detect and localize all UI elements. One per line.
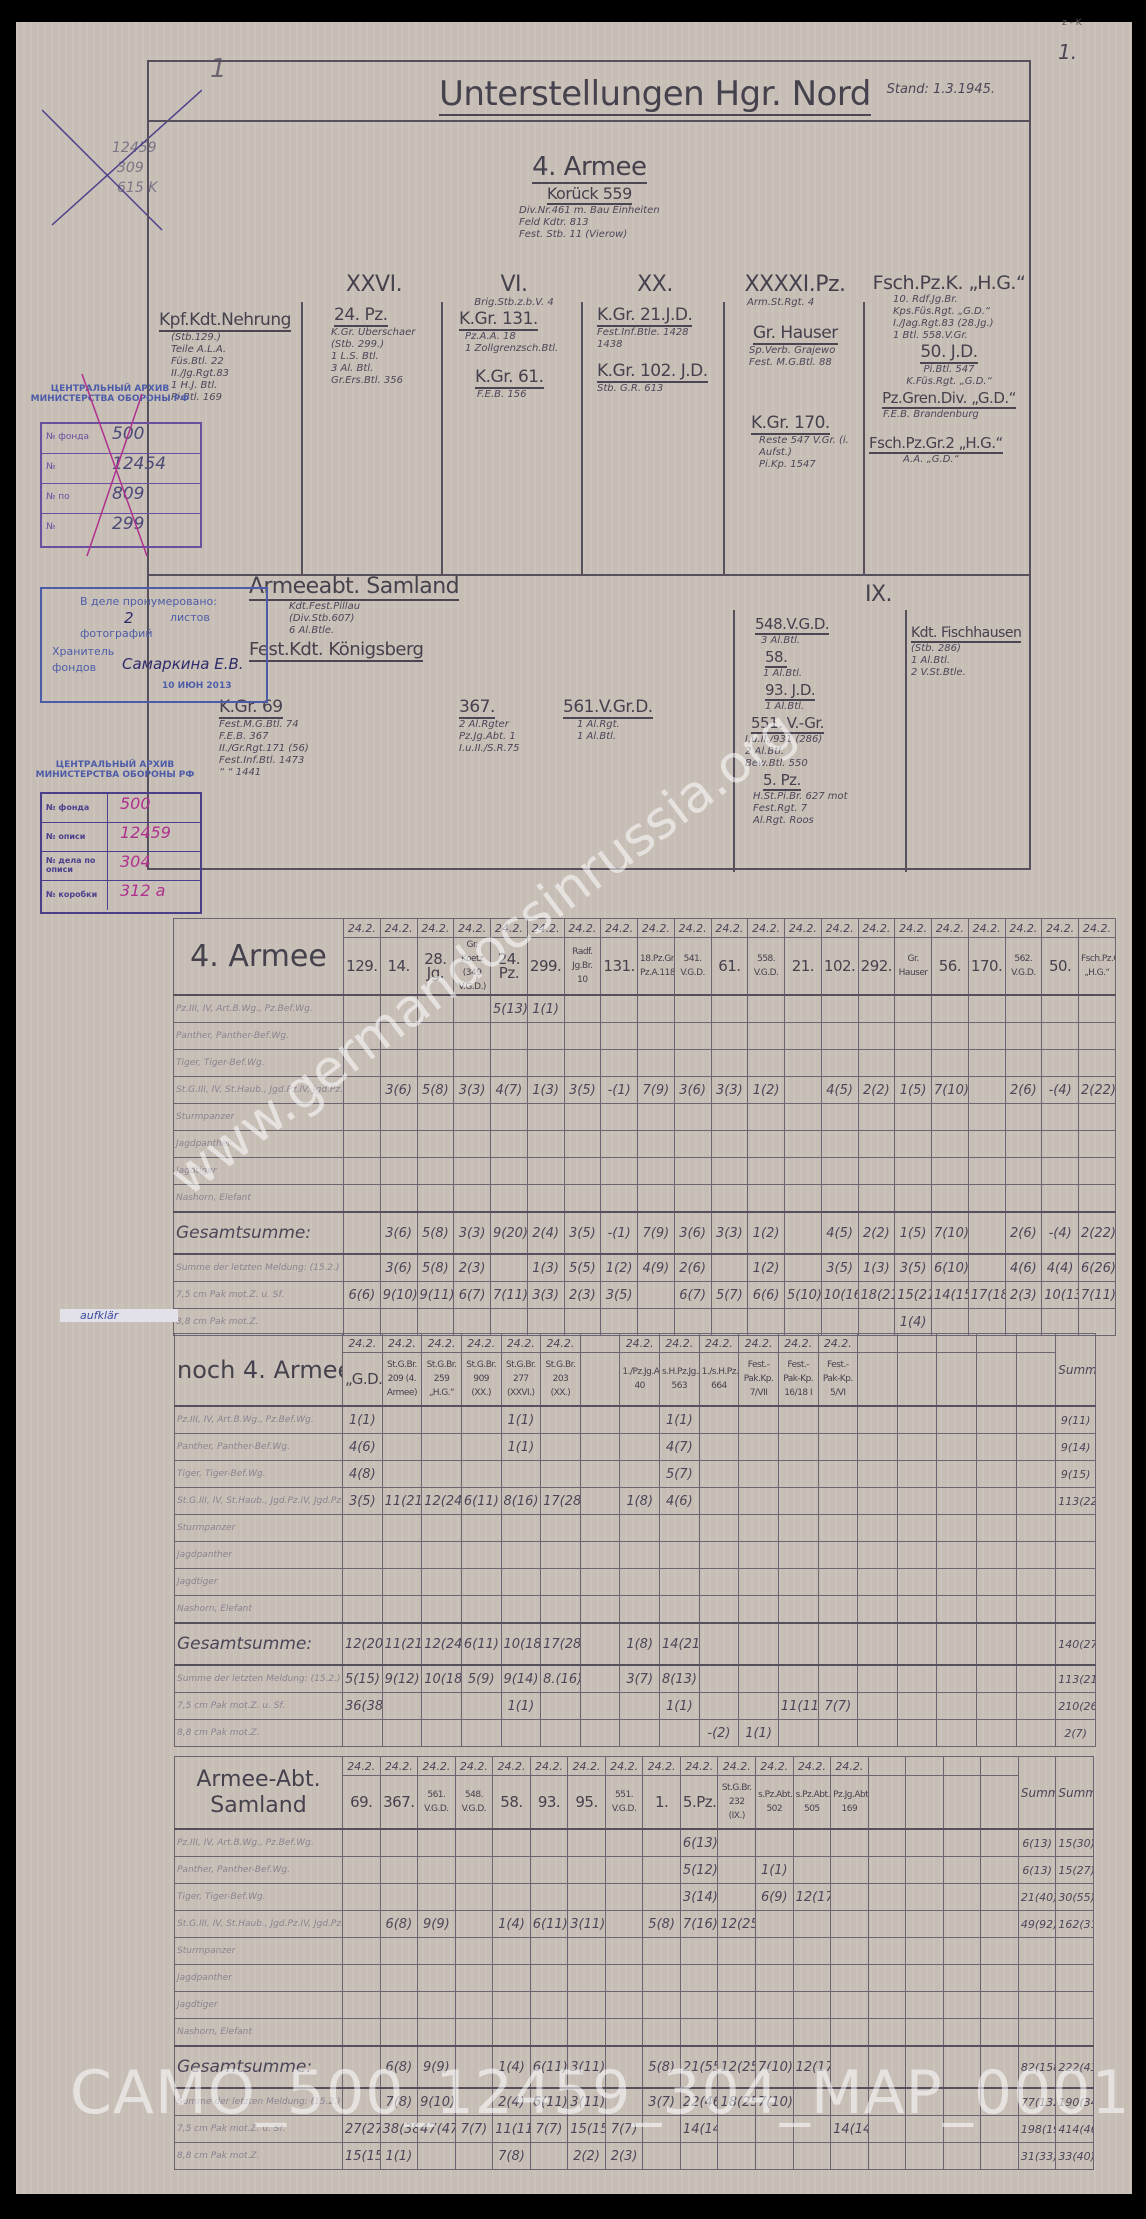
table-cell xyxy=(718,1829,756,1857)
table-cell xyxy=(620,1406,660,1434)
table-cell: 5(8) xyxy=(417,1212,454,1254)
table-cell xyxy=(821,1104,858,1131)
table-cell xyxy=(906,2116,944,2143)
table-cell xyxy=(605,2019,643,2047)
table-cell xyxy=(895,1023,932,1050)
table-cell: 2(2) xyxy=(858,1212,895,1254)
table-row: Nashorn, Elefant xyxy=(175,1596,1096,1624)
column-unit-header xyxy=(858,1353,898,1407)
table-cell xyxy=(818,1623,858,1665)
table-cell xyxy=(699,1515,739,1542)
table-cell xyxy=(620,1542,660,1569)
row-label: 8,8 cm Pak mot.Z. xyxy=(174,1309,344,1336)
table-cell xyxy=(785,1050,822,1077)
table-cell xyxy=(343,1720,383,1747)
table-cell xyxy=(343,1569,383,1596)
table-cell xyxy=(527,1023,564,1050)
table-cell xyxy=(461,1461,501,1488)
table-cell xyxy=(831,1829,869,1857)
table-cell xyxy=(756,1992,794,2019)
table-cell xyxy=(380,1884,418,1911)
table-cell xyxy=(580,1596,620,1624)
table-cell xyxy=(580,1542,620,1569)
table-cell xyxy=(1016,1406,1056,1434)
table-cell: 5(7) xyxy=(711,1282,748,1309)
column-unit-header: 28. Jg. xyxy=(417,938,454,996)
column-unit-header: 1./Pz.Jg.Abt. 40 xyxy=(620,1353,660,1407)
row-label: Sturmpanzer xyxy=(175,1938,343,1965)
table-cell xyxy=(1056,1965,1094,1992)
table-cell xyxy=(1079,1131,1116,1158)
table-cell xyxy=(1005,995,1042,1023)
samland-kgr69: K.Gr. 69 Fest.M.G.Btl. 74 F.E.B. 367 II.… xyxy=(219,697,309,779)
table-cell xyxy=(418,1938,456,1965)
table-cell: 3(3) xyxy=(454,1077,491,1104)
table-cell xyxy=(455,2088,493,2116)
table-cell: 9(11) xyxy=(417,1282,454,1309)
table-row: 8,8 cm Pak mot.Z.-(2)1(1)2(7) xyxy=(175,1720,1096,1747)
table-cell: 7(10) xyxy=(932,1212,969,1254)
table-cell: 9(14) xyxy=(501,1665,541,1693)
row-label: Pz.III, IV, Art.B.Wg., Pz.Bef.Wg. xyxy=(175,1406,343,1434)
table-cell xyxy=(831,1884,869,1911)
table-cell xyxy=(1056,1596,1096,1624)
table-row: Summe der letzten Meldung: (15.2.)7(8)9(… xyxy=(175,2088,1094,2116)
table-cell xyxy=(564,995,601,1023)
table-cell xyxy=(491,1309,528,1336)
table-cell xyxy=(868,1992,906,2019)
table-cell xyxy=(937,1693,977,1720)
table-cell: 6(8) xyxy=(380,2046,418,2088)
table-cell xyxy=(1056,2019,1094,2047)
table-cell: 8.(16) xyxy=(541,1665,581,1693)
table-cell: 3(3) xyxy=(711,1212,748,1254)
table-cell xyxy=(461,1693,501,1720)
table-cell xyxy=(699,1542,739,1569)
row-label: Jagdtiger xyxy=(174,1158,344,1185)
table-cell: 5(7) xyxy=(660,1461,700,1488)
corps-xx: XX. K.Gr. 21.J.D. Fest.Inf.Btle. 1428 14… xyxy=(589,272,721,395)
table-cell: 30(55) xyxy=(1056,1884,1094,1911)
table-cell xyxy=(793,2116,831,2143)
table-cell: 6(9) xyxy=(756,1884,794,1911)
column-unit-header: s.Pz.Abt. 505 xyxy=(793,1776,831,1830)
table-cell xyxy=(380,1023,417,1050)
table-cell xyxy=(943,2143,981,2170)
table-cell xyxy=(932,1158,969,1185)
organization-chart: Unterstellungen Hgr. Nord Stand: 1.3.194… xyxy=(147,60,1031,870)
torn-strip: aufklär xyxy=(60,1309,178,1322)
table-cell xyxy=(568,1965,606,1992)
row-label: Pz.III, IV, Art.B.Wg., Pz.Bef.Wg. xyxy=(175,1829,343,1857)
table-cell xyxy=(541,1542,581,1569)
table-cell xyxy=(1016,1569,1056,1596)
table-cell xyxy=(943,2046,981,2088)
column-date: 24.2. xyxy=(793,1757,831,1776)
column-unit-header: 5.Pz. xyxy=(680,1776,718,1830)
table-cell xyxy=(674,1131,711,1158)
table-cell xyxy=(793,1938,831,1965)
column-unit-header: 292. xyxy=(858,938,895,996)
table-cell xyxy=(541,1596,581,1624)
table-row: Gesamtsumme:3(6)5(8)3(3)9(20)2(4)3(5)-(1… xyxy=(174,1212,1116,1254)
table-cell xyxy=(821,995,858,1023)
table-cell xyxy=(793,2088,831,2116)
table-cell: 6(6) xyxy=(748,1282,785,1309)
column-unit-header: 1. xyxy=(643,1776,681,1830)
column-date: 24.2. xyxy=(564,919,601,938)
row-label: Sturmpanzer xyxy=(175,1515,343,1542)
table-cell xyxy=(564,1185,601,1213)
table-cell xyxy=(793,1829,831,1857)
table-cell xyxy=(718,2116,756,2143)
table-cell xyxy=(718,1965,756,1992)
table-cell xyxy=(897,1406,937,1434)
table-cell xyxy=(858,1185,895,1213)
archive-stamp-1: № фонда 500 № 12454 № по 809 № 299 xyxy=(40,422,202,548)
table-cell xyxy=(981,1965,1019,1992)
column-date: 24.2. xyxy=(501,1334,541,1353)
table-cell xyxy=(568,1992,606,2019)
column-unit-header: 93. xyxy=(530,1776,568,1830)
table-cell xyxy=(868,1884,906,1911)
column-date xyxy=(897,1334,937,1353)
table-cell: 113(226) xyxy=(1056,1488,1096,1515)
table-cell xyxy=(382,1693,422,1720)
table-cell xyxy=(858,1569,898,1596)
column-unit-header: 1./s.H.Pz.Jg. 664 xyxy=(699,1353,739,1407)
table-cell xyxy=(858,1050,895,1077)
table-cell xyxy=(943,1857,981,1884)
table-cell xyxy=(380,1185,417,1213)
archive-stamp-header-2: ЦЕНТРАЛЬНЫЙ АРХИВ МИНИСТЕРСТВА ОБОРОНЫ Р… xyxy=(30,760,200,780)
table-cell xyxy=(605,1992,643,2019)
column-unit-header: 18.Pz.Gr. Pz.A.118 xyxy=(638,938,675,996)
table-cell xyxy=(541,1434,581,1461)
sum-column-header: Summe Hgr. xyxy=(1056,1757,1094,1830)
table-cell: 12(24) xyxy=(422,1623,462,1665)
table-row: Panther, Panther-Bef.Wg. xyxy=(174,1023,1116,1050)
table-cell xyxy=(461,1434,501,1461)
table-cell: 15(15) xyxy=(568,2116,606,2143)
table-cell xyxy=(580,1515,620,1542)
table-cell xyxy=(895,1131,932,1158)
table-cell xyxy=(868,1965,906,1992)
column-date: 24.2. xyxy=(343,1334,383,1353)
table-cell xyxy=(620,1596,660,1624)
table-cell: 222(430) xyxy=(1056,2046,1094,2088)
table-row: Jagdpanther xyxy=(175,1965,1094,1992)
table-cell xyxy=(858,1434,898,1461)
column-unit-header: Fsch.Pz.Gren.2 „H.G.“ xyxy=(1079,938,1116,996)
column-date xyxy=(868,1757,906,1776)
table-cell xyxy=(491,1185,528,1213)
table-cell xyxy=(674,1158,711,1185)
table-cell xyxy=(344,1023,381,1050)
table-cell: 5(8) xyxy=(417,1254,454,1282)
table-cell: 3(14) xyxy=(680,1884,718,1911)
table-cell xyxy=(564,1050,601,1077)
table-row: 8,8 cm Pak mot.Z.15(15)1(1)7(8)2(2)2(3)3… xyxy=(175,2143,1094,2170)
table-cell xyxy=(968,1185,1005,1213)
table-cell xyxy=(785,1158,822,1185)
table-cell: 2(6) xyxy=(674,1254,711,1282)
kdt-fischhausen: Kdt. Fischhausen (Stb. 286) 1 Al.Btl. 2 … xyxy=(911,622,1029,679)
table-cell xyxy=(785,1212,822,1254)
column-date: 24.2. xyxy=(643,1757,681,1776)
row-label: Summe der letzten Meldung: (15.2.) xyxy=(174,1254,344,1282)
table-cell xyxy=(343,1884,381,1911)
column-date xyxy=(977,1334,1017,1353)
table-cell: -(4) xyxy=(1042,1212,1079,1254)
table-cell xyxy=(981,1911,1019,1938)
table-cell xyxy=(605,2046,643,2088)
table-cell xyxy=(1005,1050,1042,1077)
table-cell xyxy=(821,1023,858,1050)
table-cell: -(1) xyxy=(601,1077,638,1104)
table-cell xyxy=(868,1911,906,1938)
table-cell xyxy=(981,2116,1019,2143)
table-cell xyxy=(493,1992,531,2019)
table-cell xyxy=(937,1665,977,1693)
table-cell xyxy=(454,1131,491,1158)
column-unit-header: St.G.Br. 277 (XXVI.) xyxy=(501,1353,541,1407)
table-cell xyxy=(897,1665,937,1693)
table-cell xyxy=(605,1965,643,1992)
stand-date: Stand: 1.3.1945. xyxy=(887,82,995,97)
table-cell xyxy=(643,1965,681,1992)
table-cell xyxy=(943,1884,981,1911)
table-cell xyxy=(343,2088,381,2116)
table-cell xyxy=(943,1829,981,1857)
table-cell xyxy=(932,1104,969,1131)
table-cell xyxy=(344,1185,381,1213)
table-cell xyxy=(977,1693,1017,1720)
table-cell: -(2) xyxy=(699,1720,739,1747)
table-cell xyxy=(756,2019,794,2047)
table-cell: 3(6) xyxy=(380,1212,417,1254)
table-cell: 1(1) xyxy=(660,1406,700,1434)
table-cell xyxy=(674,995,711,1023)
table-cell xyxy=(778,1665,818,1693)
table-cell xyxy=(638,1158,675,1185)
table-cell xyxy=(601,1023,638,1050)
table-row: Pz.III, IV, Art.B.Wg., Pz.Bef.Wg.1(1)1(1… xyxy=(175,1406,1096,1434)
table-cell: 5(9) xyxy=(461,1665,501,1693)
row-label: Summe der letzten Meldung: (15.2.) xyxy=(175,1665,343,1693)
table-cell xyxy=(977,1596,1017,1624)
table-cell: 5(15) xyxy=(343,1665,383,1693)
table-cell xyxy=(564,1131,601,1158)
table-cell: 12(17) xyxy=(793,1884,831,1911)
table-cell xyxy=(748,995,785,1023)
table-cell xyxy=(382,1461,422,1488)
table-4-armee: 4. Armee24.2.24.2.24.2.24.2.24.2.24.2.24… xyxy=(173,918,1116,1336)
table-cell: 11(21) xyxy=(382,1488,422,1515)
table-cell xyxy=(821,1131,858,1158)
table-cell xyxy=(454,995,491,1023)
table-cell xyxy=(1056,1515,1096,1542)
table-cell xyxy=(580,1434,620,1461)
column-unit-header: Pz.Jg.Abt. 169 xyxy=(831,1776,869,1830)
table-cell: 3(5) xyxy=(601,1282,638,1309)
column-unit-header: 56. xyxy=(932,938,969,996)
table-cell xyxy=(638,1023,675,1050)
table-cell xyxy=(943,1992,981,2019)
column-date: 24.2. xyxy=(344,919,381,938)
column-unit-header: 541. V.G.D. xyxy=(674,938,711,996)
table-cell xyxy=(530,1938,568,1965)
table-cell xyxy=(491,1254,528,1282)
table-cell xyxy=(343,1596,383,1624)
table-cell xyxy=(977,1488,1017,1515)
table-cell: 7(10) xyxy=(756,2046,794,2088)
table-cell: 7(9) xyxy=(638,1077,675,1104)
table-cell xyxy=(422,1569,462,1596)
table-cell xyxy=(601,1131,638,1158)
table-cell xyxy=(718,1857,756,1884)
table-cell xyxy=(461,1596,501,1624)
table-cell xyxy=(711,1050,748,1077)
table-cell xyxy=(718,1884,756,1911)
table-cell xyxy=(858,1406,898,1434)
table-cell xyxy=(344,1104,381,1131)
corps-ix-label: IX. xyxy=(865,582,892,607)
samland-561: 561.V.Gr.D. 1 Al.Rgt. 1 Al.Btl. xyxy=(563,697,653,743)
row-label: Tiger, Tiger-Bef.Wg. xyxy=(174,1050,344,1077)
table-cell xyxy=(739,1406,779,1434)
table-cell xyxy=(932,1131,969,1158)
column-unit-header: 551. V.G.D. xyxy=(605,1776,643,1830)
table-cell xyxy=(541,1461,581,1488)
table-cell: 3(7) xyxy=(643,2088,681,2116)
table-cell xyxy=(937,1515,977,1542)
column-date: 24.2. xyxy=(821,919,858,938)
table-cell xyxy=(897,1434,937,1461)
table-cell xyxy=(1079,1104,1116,1131)
column-date: 24.2. xyxy=(831,1757,869,1776)
column-date: 24.2. xyxy=(895,919,932,938)
table-cell xyxy=(580,1569,620,1596)
table-cell xyxy=(674,1309,711,1336)
column-unit-header: 558. V.G.D. xyxy=(748,938,785,996)
table-cell: 3(5) xyxy=(564,1212,601,1254)
table-cell xyxy=(1018,1992,1056,2019)
column-date: 24.2. xyxy=(541,1334,581,1353)
row-label: 7,5 cm Pak mot.Z. u. Sf. xyxy=(174,1282,344,1309)
table-cell xyxy=(793,1992,831,2019)
table-cell: 36(38) xyxy=(343,1693,383,1720)
table-cell xyxy=(530,1965,568,1992)
table-cell xyxy=(638,1131,675,1158)
table-cell xyxy=(501,1596,541,1624)
table-cell xyxy=(455,1965,493,1992)
table-cell xyxy=(778,1406,818,1434)
table-cell xyxy=(739,1434,779,1461)
table-cell: 7(16) xyxy=(680,1911,718,1938)
table-cell xyxy=(897,1515,937,1542)
table-cell: 4(5) xyxy=(821,1212,858,1254)
table-cell: 5(8) xyxy=(643,2046,681,2088)
table-cell: 4(7) xyxy=(660,1434,700,1461)
column-date: 24.2. xyxy=(568,1757,606,1776)
table-cell xyxy=(455,1884,493,1911)
table-cell: 3(6) xyxy=(380,1254,417,1282)
table-cell xyxy=(638,1185,675,1213)
table-cell xyxy=(831,1992,869,2019)
table-cell: 3(5) xyxy=(821,1254,858,1282)
table-cell: 10(18) xyxy=(422,1665,462,1693)
table-cell xyxy=(895,1158,932,1185)
table-row: Jagdtiger xyxy=(174,1158,1116,1185)
table-cell xyxy=(680,2019,718,2047)
corps-xxvi: XXVI. 24. Pz. K.Gr. Überschaer (Stb. 299… xyxy=(309,272,439,387)
table-cell xyxy=(530,1829,568,1857)
table-cell xyxy=(501,1461,541,1488)
table-cell xyxy=(968,1023,1005,1050)
table-cell xyxy=(831,1938,869,1965)
table-cell xyxy=(699,1434,739,1461)
table-cell xyxy=(937,1461,977,1488)
table-cell xyxy=(601,1309,638,1336)
table-cell xyxy=(530,2143,568,2170)
column-unit-header: 561. V.G.D. xyxy=(418,1776,456,1830)
table-cell xyxy=(858,1623,898,1665)
table-cell xyxy=(711,1185,748,1213)
table-cell xyxy=(501,1569,541,1596)
table-cell: 7(10) xyxy=(756,2088,794,2116)
table-cell xyxy=(748,1158,785,1185)
table-row: St.G.III, IV, St.Haub., Jgd.Pz.IV, Jgd.P… xyxy=(174,1077,1116,1104)
table-cell xyxy=(674,1050,711,1077)
table-cell xyxy=(417,1023,454,1050)
column-unit-header: St.G.Br. 259 „H.G.“ xyxy=(422,1353,462,1407)
column-date: 24.2. xyxy=(422,1334,462,1353)
table-cell xyxy=(778,1515,818,1542)
table-cell: 6(8) xyxy=(380,1911,418,1938)
table-cell xyxy=(897,1542,937,1569)
table-cell: 1(3) xyxy=(527,1254,564,1282)
table-row: Sturmpanzer xyxy=(175,1515,1096,1542)
table-cell: 2(3) xyxy=(564,1282,601,1309)
table-cell xyxy=(977,1461,1017,1488)
table-cell xyxy=(344,1309,381,1336)
column-unit-header: Fest.-Pak.Kp. 7/VII xyxy=(739,1353,779,1407)
table-cell xyxy=(568,1829,606,1857)
table-cell xyxy=(541,1720,581,1747)
table-row: 7,5 cm Pak mot.Z. u. Sf.27(27)38(38)47(4… xyxy=(175,2116,1094,2143)
column-date: 24.2. xyxy=(739,1334,779,1353)
table-cell: 8(13) xyxy=(660,1665,700,1693)
table-cell xyxy=(858,1158,895,1185)
column-unit-header xyxy=(977,1353,1017,1407)
table-cell: 18(25) xyxy=(718,2088,756,2116)
table-cell: 15(30) xyxy=(1056,1829,1094,1857)
table-cell: 3(6) xyxy=(674,1212,711,1254)
column-date: 24.2. xyxy=(818,1334,858,1353)
column-date: 24.2. xyxy=(491,919,528,938)
table-cell xyxy=(620,1720,660,1747)
table-cell xyxy=(343,1829,381,1857)
table-cell xyxy=(568,1857,606,1884)
table-cell: 1(2) xyxy=(748,1254,785,1282)
table-cell xyxy=(643,2116,681,2143)
table-cell: 4(7) xyxy=(491,1077,528,1104)
table-cell xyxy=(968,1077,1005,1104)
table-cell xyxy=(455,1911,493,1938)
table-cell xyxy=(1005,1104,1042,1131)
table-cell: 1(2) xyxy=(748,1077,785,1104)
